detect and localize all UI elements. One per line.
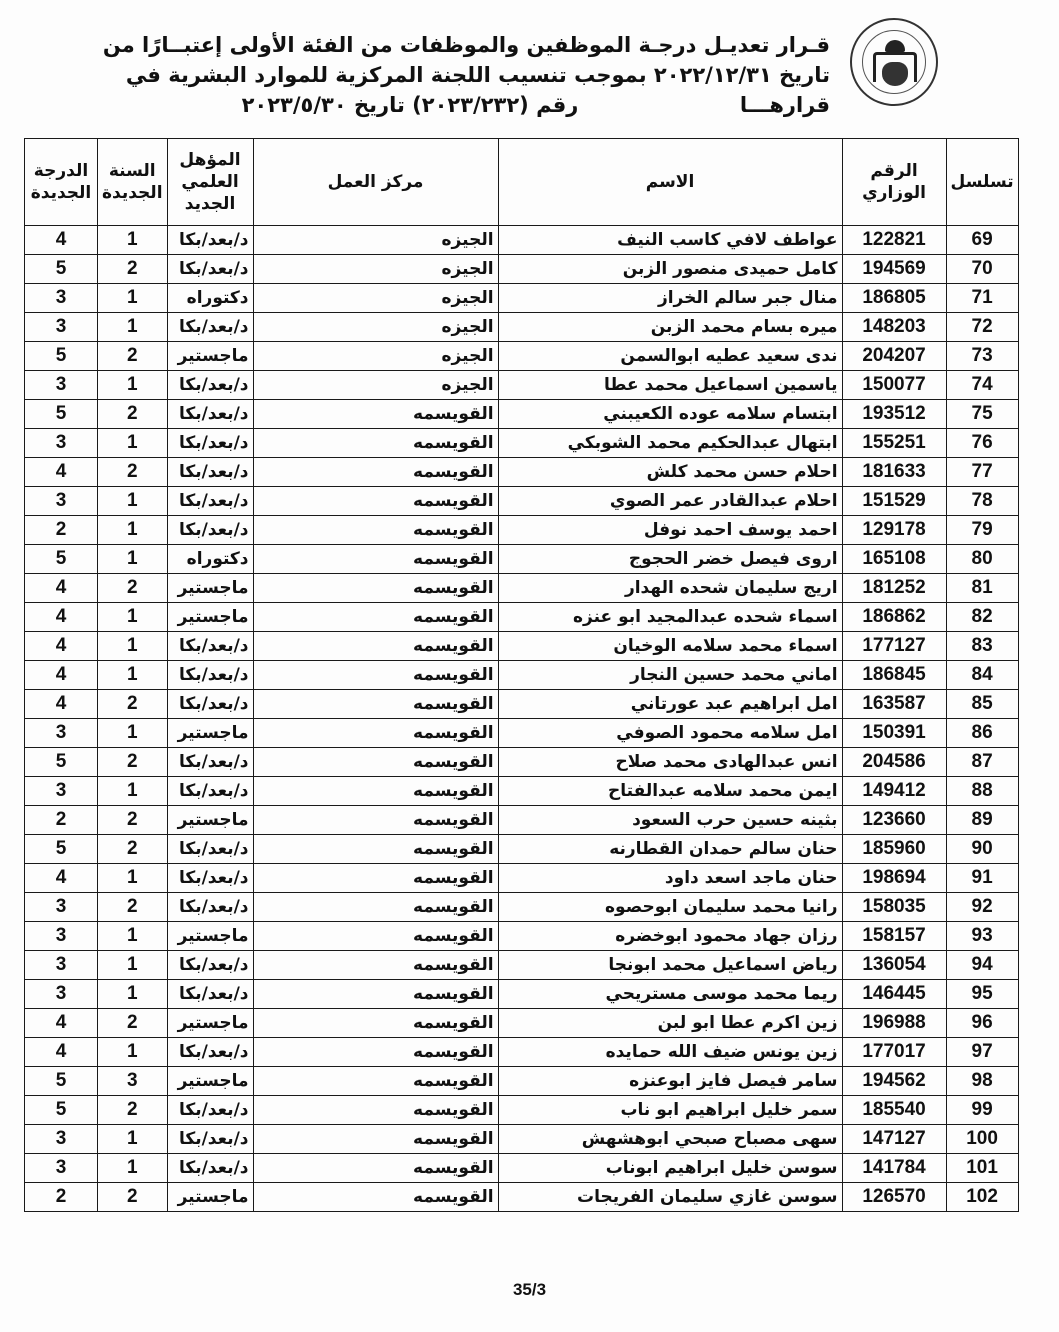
cell-work-center: الجيزه <box>253 255 498 284</box>
cell-work-center: القويسمه <box>253 864 498 893</box>
cell-seq: 95 <box>946 980 1018 1009</box>
table-row: 70194569كامل حميدى منصور الزبنالجيزهد/بع… <box>25 255 1019 284</box>
cell-qualification: د/بعد/بكا <box>167 951 253 980</box>
cell-new-grade: 3 <box>25 284 98 313</box>
cell-name: اريج سليمان شحده الهدار <box>498 574 842 603</box>
table-row: 82186862اسماء شحده عبدالمجيد ابو عنزهالق… <box>25 603 1019 632</box>
cell-new-year: 2 <box>98 893 168 922</box>
cell-work-center: القويسمه <box>253 806 498 835</box>
cell-new-grade: 2 <box>25 806 98 835</box>
cell-new-grade: 5 <box>25 342 98 371</box>
cell-seq: 73 <box>946 342 1018 371</box>
cell-seq: 97 <box>946 1038 1018 1067</box>
cell-new-grade: 4 <box>25 1038 98 1067</box>
cell-new-grade: 3 <box>25 313 98 342</box>
cell-new-grade: 3 <box>25 487 98 516</box>
table-row: 78151529احلام عبدالقادر عمر الصويالقويسم… <box>25 487 1019 516</box>
cell-qualification: د/بعد/بكا <box>167 400 253 429</box>
cell-name: رزان جهاد محمود ابوخضره <box>498 922 842 951</box>
cell-seq: 102 <box>946 1183 1018 1212</box>
cell-name: سوسن غازي سليمان الفريجات <box>498 1183 842 1212</box>
cell-seq: 90 <box>946 835 1018 864</box>
cell-seq: 69 <box>946 226 1018 255</box>
table-row: 86150391امل سلامه محمود الصوفيالقويسمهما… <box>25 719 1019 748</box>
cell-ministry-number: 177017 <box>842 1038 946 1067</box>
cell-name: اماني محمد حسين النجار <box>498 661 842 690</box>
table-row: 90185960حنان سالم حمدان القطارنهالقويسمه… <box>25 835 1019 864</box>
cell-work-center: القويسمه <box>253 719 498 748</box>
cell-name: حنان سالم حمدان القطارنه <box>498 835 842 864</box>
cell-qualification: د/بعد/بكا <box>167 255 253 284</box>
cell-ministry-number: 194569 <box>842 255 946 284</box>
cell-qualification: ماجستير <box>167 574 253 603</box>
cell-name: كامل حميدى منصور الزبن <box>498 255 842 284</box>
cell-new-year: 1 <box>98 1154 168 1183</box>
cell-work-center: القويسمه <box>253 516 498 545</box>
cell-new-year: 2 <box>98 574 168 603</box>
table-row: 89123660بثينه حسين حرب السعودالقويسمهماج… <box>25 806 1019 835</box>
cell-work-center: القويسمه <box>253 632 498 661</box>
cell-new-year: 1 <box>98 864 168 893</box>
cell-new-year: 2 <box>98 806 168 835</box>
cell-seq: 88 <box>946 777 1018 806</box>
page-number: 35/3 <box>0 1280 1059 1300</box>
cell-seq: 101 <box>946 1154 1018 1183</box>
cell-qualification: د/بعد/بكا <box>167 516 253 545</box>
cell-qualification: د/بعد/بكا <box>167 632 253 661</box>
table-row: 80165108اروى فيصل خضر الحجوجالقويسمهدكتو… <box>25 545 1019 574</box>
document-page: قـرار تعديـل درجـة الموظفين والموظفات من… <box>0 0 1059 1332</box>
cell-seq: 71 <box>946 284 1018 313</box>
cell-new-year: 1 <box>98 1125 168 1154</box>
table-row: 95146445ريما محمد موسى مستريحيالقويسمهد/… <box>25 980 1019 1009</box>
cell-ministry-number: 155251 <box>842 429 946 458</box>
cell-work-center: القويسمه <box>253 1067 498 1096</box>
cell-ministry-number: 150391 <box>842 719 946 748</box>
cell-new-grade: 4 <box>25 574 98 603</box>
cell-new-year: 2 <box>98 748 168 777</box>
cell-work-center: القويسمه <box>253 893 498 922</box>
cell-seq: 99 <box>946 1096 1018 1125</box>
cell-qualification: ماجستير <box>167 806 253 835</box>
cell-work-center: القويسمه <box>253 748 498 777</box>
cell-new-year: 1 <box>98 632 168 661</box>
table-row: 74150077ياسمين اسماعيل محمد عطاالجيزهد/ب… <box>25 371 1019 400</box>
cell-ministry-number: 193512 <box>842 400 946 429</box>
cell-qualification: د/بعد/بكا <box>167 835 253 864</box>
cell-work-center: القويسمه <box>253 1154 498 1183</box>
cell-work-center: القويسمه <box>253 487 498 516</box>
cell-work-center: القويسمه <box>253 777 498 806</box>
column-header-name: الاسم <box>498 139 842 226</box>
cell-new-year: 1 <box>98 516 168 545</box>
cell-new-grade: 4 <box>25 603 98 632</box>
table-row: 98194562سامر فيصل فايز ابوعنزهالقويسمهما… <box>25 1067 1019 1096</box>
column-header-new-grade: الدرجة الجديدة <box>25 139 98 226</box>
cell-new-year: 1 <box>98 661 168 690</box>
cell-seq: 91 <box>946 864 1018 893</box>
cell-new-year: 1 <box>98 545 168 574</box>
cell-new-grade: 5 <box>25 545 98 574</box>
cell-name: اسماء محمد سلامه الوخيان <box>498 632 842 661</box>
decision-title-line-1: قـرار تعديـل درجـة الموظفين والموظفات من… <box>40 30 830 60</box>
table-row: 88149412ايمن محمد سلامه عبدالفتاحالقويسم… <box>25 777 1019 806</box>
cell-work-center: القويسمه <box>253 400 498 429</box>
cell-new-grade: 3 <box>25 922 98 951</box>
table-header-row: تسلسل الرقم الوزاري الاسم مركز العمل الم… <box>25 139 1019 226</box>
cell-work-center: القويسمه <box>253 690 498 719</box>
cell-seq: 96 <box>946 1009 1018 1038</box>
cell-work-center: القويسمه <box>253 835 498 864</box>
cell-seq: 87 <box>946 748 1018 777</box>
cell-work-center: القويسمه <box>253 545 498 574</box>
cell-ministry-number: 181252 <box>842 574 946 603</box>
cell-new-grade: 5 <box>25 748 98 777</box>
cell-seq: 76 <box>946 429 1018 458</box>
cell-new-grade: 3 <box>25 371 98 400</box>
cell-qualification: د/بعد/بكا <box>167 371 253 400</box>
cell-seq: 72 <box>946 313 1018 342</box>
cell-seq: 78 <box>946 487 1018 516</box>
cell-name: عواطف لافي كاسب النيف <box>498 226 842 255</box>
cell-qualification: ماجستير <box>167 603 253 632</box>
cell-new-grade: 3 <box>25 1125 98 1154</box>
cell-work-center: الجيزه <box>253 313 498 342</box>
cell-qualification: ماجستير <box>167 719 253 748</box>
cell-name: زين اكرم عطا ابو لبن <box>498 1009 842 1038</box>
cell-new-grade: 5 <box>25 400 98 429</box>
cell-seq: 74 <box>946 371 1018 400</box>
cell-new-grade: 4 <box>25 864 98 893</box>
cell-name: ندى سعيد عطيه ابوالسمن <box>498 342 842 371</box>
cell-new-grade: 3 <box>25 951 98 980</box>
table-row: 99185540سمر خليل ابراهيم ابو نابالقويسمه… <box>25 1096 1019 1125</box>
cell-new-year: 1 <box>98 719 168 748</box>
cell-new-year: 2 <box>98 1009 168 1038</box>
cell-qualification: د/بعد/بكا <box>167 226 253 255</box>
table-row: 69122821عواطف لافي كاسب النيفالجيزهد/بعد… <box>25 226 1019 255</box>
cell-name: احمد يوسف احمد نوفل <box>498 516 842 545</box>
cell-work-center: الجيزه <box>253 371 498 400</box>
cell-ministry-number: 163587 <box>842 690 946 719</box>
cell-new-year: 1 <box>98 487 168 516</box>
cell-new-year: 2 <box>98 458 168 487</box>
cell-new-year: 1 <box>98 1038 168 1067</box>
cell-new-grade: 5 <box>25 255 98 284</box>
table-row: 83177127اسماء محمد سلامه الوخيانالقويسمه… <box>25 632 1019 661</box>
cell-name: ابتسام سلامه عوده الكعيبني <box>498 400 842 429</box>
cell-new-grade: 4 <box>25 226 98 255</box>
cell-qualification: ماجستير <box>167 922 253 951</box>
cell-ministry-number: 129178 <box>842 516 946 545</box>
cell-qualification: د/بعد/بكا <box>167 690 253 719</box>
cell-work-center: القويسمه <box>253 429 498 458</box>
table-row: 100147127سهى مصباح صبحي ابوهشهشالقويسمهد… <box>25 1125 1019 1154</box>
table-row: 75193512ابتسام سلامه عوده الكعيبنيالقويس… <box>25 400 1019 429</box>
cell-seq: 81 <box>946 574 1018 603</box>
cell-qualification: ماجستير <box>167 1067 253 1096</box>
cell-work-center: القويسمه <box>253 458 498 487</box>
cell-qualification: د/بعد/بكا <box>167 1154 253 1183</box>
cell-name: احلام حسن محمد كلش <box>498 458 842 487</box>
table-row: 93158157رزان جهاد محمود ابوخضرهالقويسمهم… <box>25 922 1019 951</box>
table-row: 87204586انس عبدالهادى محمد صلاحالقويسمهد… <box>25 748 1019 777</box>
cell-work-center: القويسمه <box>253 980 498 1009</box>
cell-qualification: د/بعد/بكا <box>167 980 253 1009</box>
cell-qualification: د/بعد/بكا <box>167 458 253 487</box>
cell-ministry-number: 126570 <box>842 1183 946 1212</box>
cell-ministry-number: 196988 <box>842 1009 946 1038</box>
cell-name: ابتهال عبدالحكيم محمد الشوبكي <box>498 429 842 458</box>
cell-qualification: د/بعد/بكا <box>167 661 253 690</box>
table-body: 69122821عواطف لافي كاسب النيفالجيزهد/بعد… <box>25 226 1019 1212</box>
cell-qualification: د/بعد/بكا <box>167 748 253 777</box>
cell-ministry-number: 204586 <box>842 748 946 777</box>
table-row: 76155251ابتهال عبدالحكيم محمد الشوبكيالق… <box>25 429 1019 458</box>
cell-seq: 85 <box>946 690 1018 719</box>
cell-name: زين يونس ضيف الله حمايده <box>498 1038 842 1067</box>
table-row: 91198694حنان ماجد اسعد داودالقويسمهد/بعد… <box>25 864 1019 893</box>
cell-ministry-number: 186805 <box>842 284 946 313</box>
cell-work-center: القويسمه <box>253 1009 498 1038</box>
column-header-seq: تسلسل <box>946 139 1018 226</box>
cell-name: حنان ماجد اسعد داود <box>498 864 842 893</box>
table-row: 96196988زين اكرم عطا ابو لبنالقويسمهماجس… <box>25 1009 1019 1038</box>
cell-new-grade: 3 <box>25 980 98 1009</box>
column-header-work-center: مركز العمل <box>253 139 498 226</box>
cell-name: امل سلامه محمود الصوفي <box>498 719 842 748</box>
cell-qualification: د/بعد/بكا <box>167 893 253 922</box>
cell-name: ياسمين اسماعيل محمد عطا <box>498 371 842 400</box>
cell-name: منال جبر سالم الخراز <box>498 284 842 313</box>
cell-seq: 70 <box>946 255 1018 284</box>
cell-ministry-number: 186862 <box>842 603 946 632</box>
cell-seq: 84 <box>946 661 1018 690</box>
cell-ministry-number: 150077 <box>842 371 946 400</box>
cell-ministry-number: 194562 <box>842 1067 946 1096</box>
cell-new-grade: 2 <box>25 516 98 545</box>
table-row: 71186805منال جبر سالم الخرازالجيزهدكتورا… <box>25 284 1019 313</box>
cell-new-year: 1 <box>98 313 168 342</box>
cell-new-year: 1 <box>98 226 168 255</box>
cell-name: سامر فيصل فايز ابوعنزه <box>498 1067 842 1096</box>
cell-name: امل ابراهيم عبد عورتاني <box>498 690 842 719</box>
cell-seq: 83 <box>946 632 1018 661</box>
cell-name: اروى فيصل خضر الحجوج <box>498 545 842 574</box>
cell-work-center: الجيزه <box>253 226 498 255</box>
cell-name: سهى مصباح صبحي ابوهشهش <box>498 1125 842 1154</box>
cell-qualification: د/بعد/بكا <box>167 864 253 893</box>
cell-qualification: ماجستير <box>167 1183 253 1212</box>
cell-name: ميره بسام محمد الزبن <box>498 313 842 342</box>
cell-qualification: د/بعد/بكا <box>167 777 253 806</box>
cell-new-year: 1 <box>98 603 168 632</box>
cell-qualification: د/بعد/بكا <box>167 487 253 516</box>
table-row: 94136054رياض اسماعيل محمد ابونجاالقويسمه… <box>25 951 1019 980</box>
cell-work-center: القويسمه <box>253 574 498 603</box>
cell-new-year: 2 <box>98 400 168 429</box>
cell-ministry-number: 158157 <box>842 922 946 951</box>
cell-new-year: 2 <box>98 1096 168 1125</box>
cell-qualification: د/بعد/بكا <box>167 1125 253 1154</box>
cell-new-grade: 5 <box>25 1067 98 1096</box>
cell-seq: 89 <box>946 806 1018 835</box>
cell-name: ايمن محمد سلامه عبدالفتاح <box>498 777 842 806</box>
cell-ministry-number: 185540 <box>842 1096 946 1125</box>
cell-new-grade: 3 <box>25 777 98 806</box>
table-row: 72148203ميره بسام محمد الزبنالجيزهد/بعد/… <box>25 313 1019 342</box>
cell-ministry-number: 165108 <box>842 545 946 574</box>
table-row: 77181633احلام حسن محمد كلشالقويسمهد/بعد/… <box>25 458 1019 487</box>
cell-ministry-number: 141784 <box>842 1154 946 1183</box>
column-header-ministry-number: الرقم الوزاري <box>842 139 946 226</box>
cell-ministry-number: 123660 <box>842 806 946 835</box>
cell-name: اسماء شحده عبدالمجيد ابو عنزه <box>498 603 842 632</box>
cell-ministry-number: 148203 <box>842 313 946 342</box>
cell-new-year: 1 <box>98 371 168 400</box>
cell-new-year: 2 <box>98 342 168 371</box>
cell-name: سمر خليل ابراهيم ابو ناب <box>498 1096 842 1125</box>
table-row: 92158035رانيا محمد سليمان ابوحصوهالقويسم… <box>25 893 1019 922</box>
cell-ministry-number: 177127 <box>842 632 946 661</box>
table-row: 79129178احمد يوسف احمد نوفلالقويسمهد/بعد… <box>25 516 1019 545</box>
cell-qualification: ماجستير <box>167 342 253 371</box>
cell-seq: 93 <box>946 922 1018 951</box>
cell-seq: 94 <box>946 951 1018 980</box>
cell-new-grade: 3 <box>25 893 98 922</box>
cell-new-grade: 3 <box>25 429 98 458</box>
cell-seq: 80 <box>946 545 1018 574</box>
cell-qualification: د/بعد/بكا <box>167 1096 253 1125</box>
cell-ministry-number: 122821 <box>842 226 946 255</box>
employees-grade-table: تسلسل الرقم الوزاري الاسم مركز العمل الم… <box>24 138 1019 1212</box>
cell-new-grade: 2 <box>25 1183 98 1212</box>
cell-new-year: 1 <box>98 980 168 1009</box>
cell-new-year: 2 <box>98 1183 168 1212</box>
cell-new-year: 1 <box>98 951 168 980</box>
cell-work-center: القويسمه <box>253 1038 498 1067</box>
cell-work-center: القويسمه <box>253 1183 498 1212</box>
cell-new-grade: 4 <box>25 632 98 661</box>
cell-ministry-number: 158035 <box>842 893 946 922</box>
cell-new-grade: 5 <box>25 1096 98 1125</box>
eagle-icon <box>882 62 908 86</box>
cell-qualification: دكتوراه <box>167 545 253 574</box>
cell-work-center: القويسمه <box>253 661 498 690</box>
cell-qualification: ماجستير <box>167 1009 253 1038</box>
cell-qualification: د/بعد/بكا <box>167 1038 253 1067</box>
cell-ministry-number: 186845 <box>842 661 946 690</box>
cell-ministry-number: 204207 <box>842 342 946 371</box>
cell-work-center: الجيزه <box>253 284 498 313</box>
table-row: 73204207ندى سعيد عطيه ابوالسمنالجيزهماجس… <box>25 342 1019 371</box>
cell-seq: 77 <box>946 458 1018 487</box>
jordan-ministry-of-education-emblem-icon <box>850 18 938 106</box>
cell-new-year: 2 <box>98 690 168 719</box>
cell-qualification: دكتوراه <box>167 284 253 313</box>
table-row: 101141784سوسن خليل ابراهيم ابونابالقويسم… <box>25 1154 1019 1183</box>
cell-name: رياض اسماعيل محمد ابونجا <box>498 951 842 980</box>
cell-work-center: القويسمه <box>253 603 498 632</box>
cell-seq: 86 <box>946 719 1018 748</box>
cell-seq: 82 <box>946 603 1018 632</box>
table-row: 97177017زين يونس ضيف الله حمايدهالقويسمه… <box>25 1038 1019 1067</box>
cell-work-center: القويسمه <box>253 1096 498 1125</box>
cell-seq: 100 <box>946 1125 1018 1154</box>
cell-seq: 98 <box>946 1067 1018 1096</box>
cell-name: رانيا محمد سليمان ابوحصوه <box>498 893 842 922</box>
cell-ministry-number: 181633 <box>842 458 946 487</box>
cell-new-year: 1 <box>98 284 168 313</box>
table-row: 84186845اماني محمد حسين النجارالقويسمهد/… <box>25 661 1019 690</box>
cell-new-grade: 4 <box>25 661 98 690</box>
cell-new-year: 1 <box>98 777 168 806</box>
cell-work-center: الجيزه <box>253 342 498 371</box>
cell-work-center: القويسمه <box>253 951 498 980</box>
cell-ministry-number: 185960 <box>842 835 946 864</box>
cell-ministry-number: 146445 <box>842 980 946 1009</box>
cell-qualification: د/بعد/بكا <box>167 313 253 342</box>
cell-new-year: 2 <box>98 835 168 864</box>
cell-ministry-number: 151529 <box>842 487 946 516</box>
column-header-qualification: المؤهل العلمي الجديد <box>167 139 253 226</box>
cell-name: سوسن خليل ابراهيم ابوناب <box>498 1154 842 1183</box>
cell-ministry-number: 198694 <box>842 864 946 893</box>
table-row: 102126570سوسن غازي سليمان الفريجاتالقويس… <box>25 1183 1019 1212</box>
cell-new-year: 1 <box>98 922 168 951</box>
column-header-new-year: السنة الجديدة <box>98 139 168 226</box>
cell-ministry-number: 147127 <box>842 1125 946 1154</box>
table-row: 81181252اريج سليمان شحده الهدارالقويسمهم… <box>25 574 1019 603</box>
cell-new-grade: 3 <box>25 1154 98 1183</box>
cell-ministry-number: 149412 <box>842 777 946 806</box>
cell-new-year: 3 <box>98 1067 168 1096</box>
cell-qualification: د/بعد/بكا <box>167 429 253 458</box>
cell-name: ريما محمد موسى مستريحي <box>498 980 842 1009</box>
cell-work-center: القويسمه <box>253 922 498 951</box>
cell-name: بثينه حسين حرب السعود <box>498 806 842 835</box>
cell-name: انس عبدالهادى محمد صلاح <box>498 748 842 777</box>
cell-new-grade: 4 <box>25 458 98 487</box>
cell-seq: 75 <box>946 400 1018 429</box>
cell-new-grade: 4 <box>25 1009 98 1038</box>
cell-ministry-number: 136054 <box>842 951 946 980</box>
cell-work-center: القويسمه <box>253 1125 498 1154</box>
cell-new-year: 1 <box>98 429 168 458</box>
cell-new-grade: 3 <box>25 719 98 748</box>
cell-new-year: 2 <box>98 255 168 284</box>
cell-new-grade: 5 <box>25 835 98 864</box>
cell-seq: 79 <box>946 516 1018 545</box>
cell-name: احلام عبدالقادر عمر الصوي <box>498 487 842 516</box>
cell-seq: 92 <box>946 893 1018 922</box>
cell-new-grade: 4 <box>25 690 98 719</box>
table-row: 85163587امل ابراهيم عبد عورتانيالقويسمهد… <box>25 690 1019 719</box>
decision-title-line-3: رقم (٢٠٢٣/٢٣٢) تاريخ ٢٠٢٣/٥/٣٠ <box>50 90 770 120</box>
